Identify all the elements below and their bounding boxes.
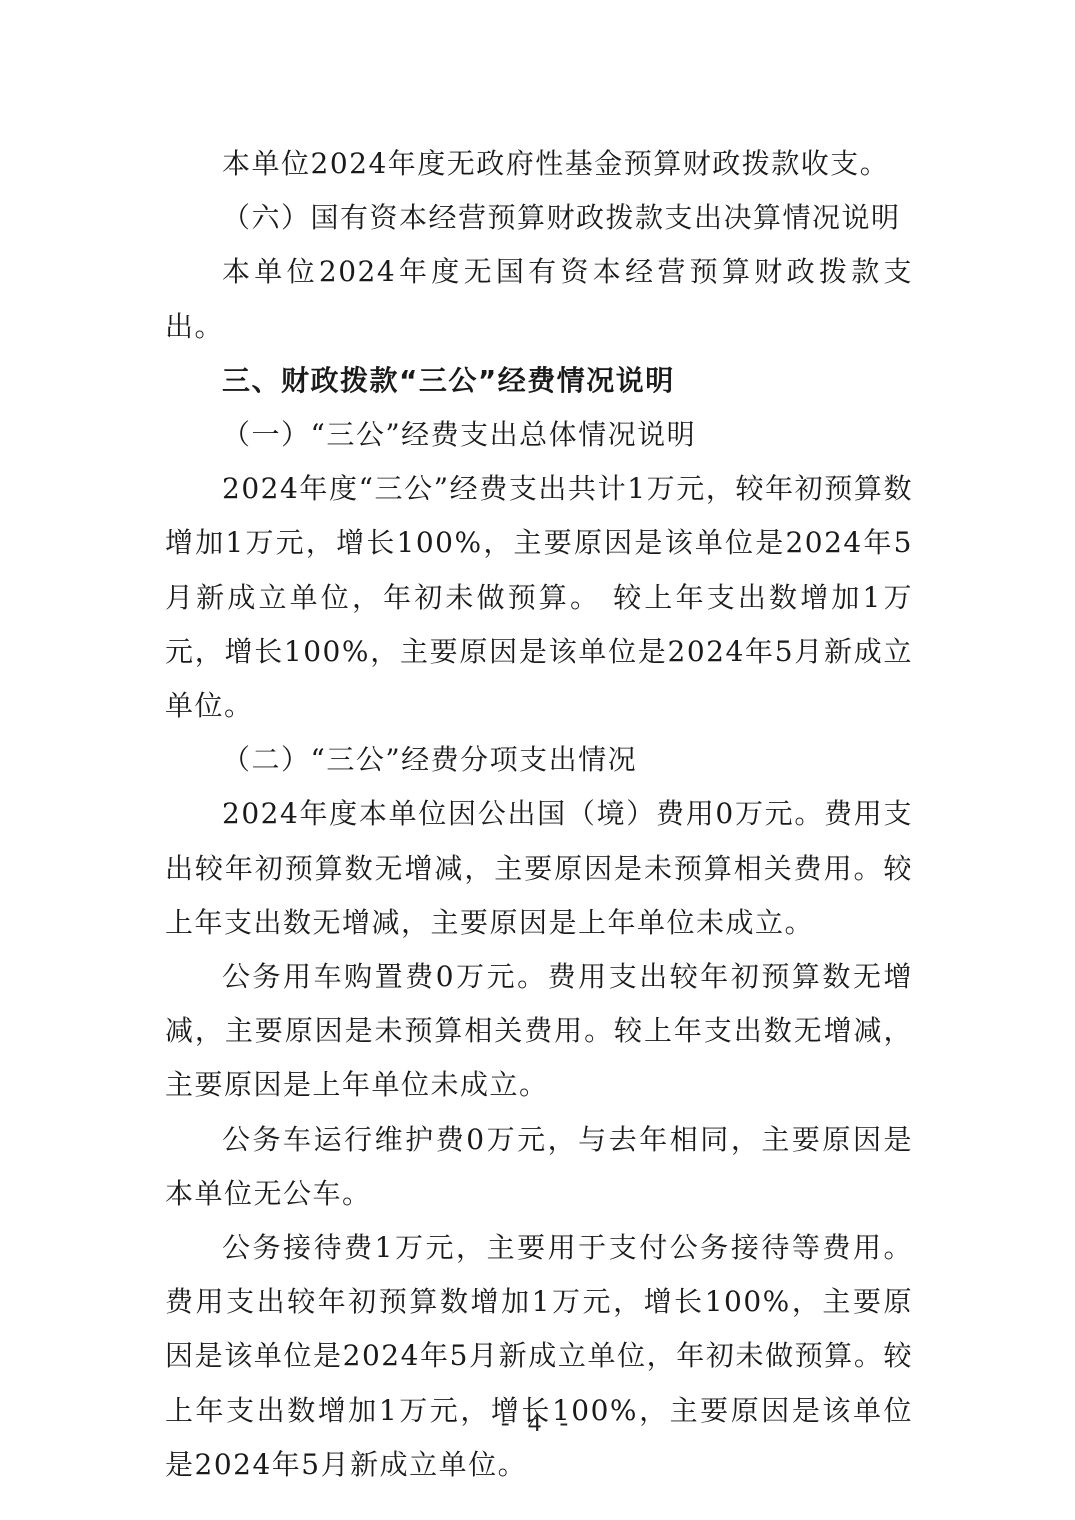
paragraph-overseas-travel: 2024年度本单位因公出国（境）费用0万元。费用支出较年初预算数无增减，主要原因… xyxy=(165,787,913,950)
paragraph-reception: 公务接待费1万元，主要用于支付公务接待等费用。费用支出较年初预算数增加1万元，增… xyxy=(165,1221,913,1492)
document-page: 本单位2024年度无政府性基金预算财政拨款收支。 （六）国有资本经营预算财政拨款… xyxy=(165,137,913,1492)
paragraph-vehicle-purchase: 公务用车购置费0万元。费用支出较年初预算数无增减，主要原因是未预算相关费用。较上… xyxy=(165,950,913,1113)
subheading-state-capital: （六）国有资本经营预算财政拨款支出决算情况说明 xyxy=(165,191,913,245)
subheading-itemized: （二）“三公”经费分项支出情况 xyxy=(165,733,913,787)
paragraph-vehicle-maintenance: 公务车运行维护费0万元，与去年相同，主要原因是本单位无公车。 xyxy=(165,1113,913,1221)
page-number: - 4 - xyxy=(0,1408,1075,1438)
section-heading-three-public: 三、财政拨款“三公”经费情况说明 xyxy=(165,354,913,408)
paragraph-government-fund: 本单位2024年度无政府性基金预算财政拨款收支。 xyxy=(165,137,913,191)
subheading-overall: （一）“三公”经费支出总体情况说明 xyxy=(165,408,913,462)
paragraph-state-capital: 本单位2024年度无国有资本经营预算财政拨款支出。 xyxy=(165,245,913,353)
paragraph-overall: 2024年度“三公”经费支出共计1万元，较年初预算数增加1万元，增长100%，主… xyxy=(165,462,913,733)
